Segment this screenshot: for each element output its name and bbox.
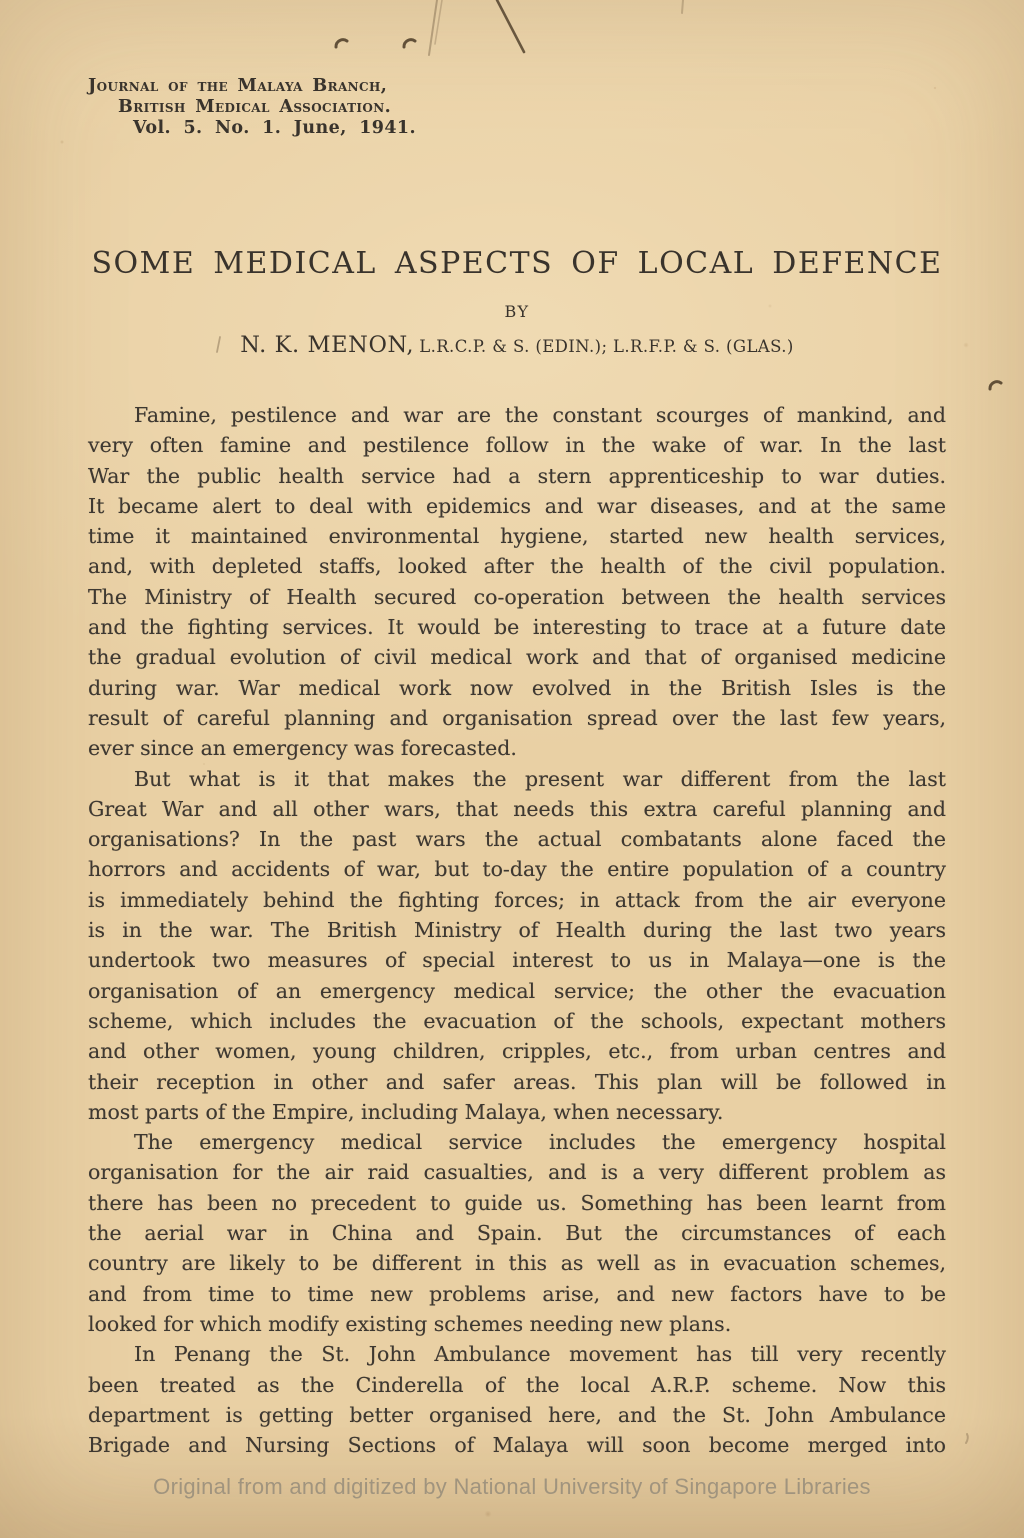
author-line: N. K. MENON, L.R.C.P. & S. (EDIN.); L.R.… — [88, 332, 946, 358]
byline: BY — [88, 302, 946, 321]
text-line: and the fighting services. It would be i… — [88, 612, 946, 642]
text-line: organisations? In the past wars the actu… — [88, 824, 946, 854]
article-title: SOME MEDICAL ASPECTS OF LOCAL DEFENCE — [88, 246, 946, 281]
pen-mark-vertical-stroke-1 — [429, 0, 437, 55]
text-line: and, with depleted staffs, looked after … — [88, 551, 946, 581]
text-line: War the public health service had a ster… — [88, 461, 946, 491]
journal-name-line: Journal of the Malaya Branch, — [88, 76, 416, 97]
text-line: during war. War medical work now evolved… — [88, 673, 946, 703]
journal-association-line: British Medical Association. — [118, 97, 416, 118]
pen-mark-diagonal-stroke — [497, 0, 524, 52]
journal-header: Journal of the Malaya Branch, British Me… — [88, 76, 416, 139]
text-line: organisation of an emergency medical ser… — [88, 976, 946, 1006]
text-line: most parts of the Empire, including Mala… — [88, 1097, 946, 1127]
text-line: organisation for the air raid casualties… — [88, 1157, 946, 1187]
text-line: scheme, which includes the evacuation of… — [88, 1006, 946, 1036]
paragraph: Famine, pestilence and war are the const… — [88, 400, 946, 764]
text-line: department is getting better organised h… — [88, 1400, 946, 1430]
text-line: is in the war. The British Ministry of H… — [88, 915, 946, 945]
text-line: and other women, young children, cripple… — [88, 1036, 946, 1066]
text-line: is immediately behind the fighting force… — [88, 885, 946, 915]
pen-mark-breve-mid — [404, 40, 415, 47]
text-line: their reception in other and safer areas… — [88, 1067, 946, 1097]
article-body: Famine, pestilence and war are the const… — [88, 400, 946, 1460]
journal-volume-line: Vol. 5. No. 1. June, 1941. — [133, 118, 416, 139]
text-line: The Ministry of Health secured co-operat… — [88, 582, 946, 612]
author-credentials: L.R.C.P. & S. (EDIN.); L.R.F.P. & S. (GL… — [419, 337, 794, 356]
pen-mark-breve-right-margin — [990, 382, 1001, 389]
text-line: and from time to time new problems arise… — [88, 1279, 946, 1309]
text-line: very often famine and pestilence follow … — [88, 430, 946, 460]
text-line: Brigade and Nursing Sections of Malaya w… — [88, 1430, 946, 1460]
text-line: been treated as the Cinderella of the lo… — [88, 1370, 946, 1400]
text-line: Great War and all other wars, that needs… — [88, 794, 946, 824]
text-line: Famine, pestilence and war are the const… — [88, 400, 946, 430]
text-line: But what is it that makes the present wa… — [88, 764, 946, 794]
text-line: country are likely to be different in th… — [88, 1248, 946, 1278]
scanned-document-page: Journal of the Malaya Branch, British Me… — [0, 0, 1024, 1538]
author-name: N. K. MENON, — [240, 332, 414, 358]
text-line: ever since an emergency was forecasted. — [88, 733, 946, 763]
pen-mark-top-right-tick — [682, 0, 683, 13]
pen-mark-bottom-right-comma — [966, 1434, 968, 1443]
text-line: undertook two measures of special intere… — [88, 945, 946, 975]
pen-mark-vertical-stroke-2 — [435, 0, 442, 44]
text-line: the aerial war in China and Spain. But t… — [88, 1218, 946, 1248]
text-line: In Penang the St. John Ambulance movemen… — [88, 1339, 946, 1369]
text-line: looked for which modify existing schemes… — [88, 1309, 946, 1339]
digitization-footer: Original from and digitized by National … — [0, 1474, 1024, 1500]
text-line: the gradual evolution of civil medical w… — [88, 642, 946, 672]
paragraph: The emergency medical service includes t… — [88, 1127, 946, 1339]
text-line: The emergency medical service includes t… — [88, 1127, 946, 1157]
text-line: It became alert to deal with epidemics a… — [88, 491, 946, 521]
text-line: result of careful planning and organisat… — [88, 703, 946, 733]
paragraph: But what is it that makes the present wa… — [88, 764, 946, 1128]
paragraph: In Penang the St. John Ambulance movemen… — [88, 1339, 946, 1460]
text-line: time it maintained environmental hygiene… — [88, 521, 946, 551]
text-line: there has been no precedent to guide us.… — [88, 1188, 946, 1218]
pen-mark-breve-left — [336, 40, 347, 47]
text-line: horrors and accidents of war, but to-day… — [88, 854, 946, 884]
